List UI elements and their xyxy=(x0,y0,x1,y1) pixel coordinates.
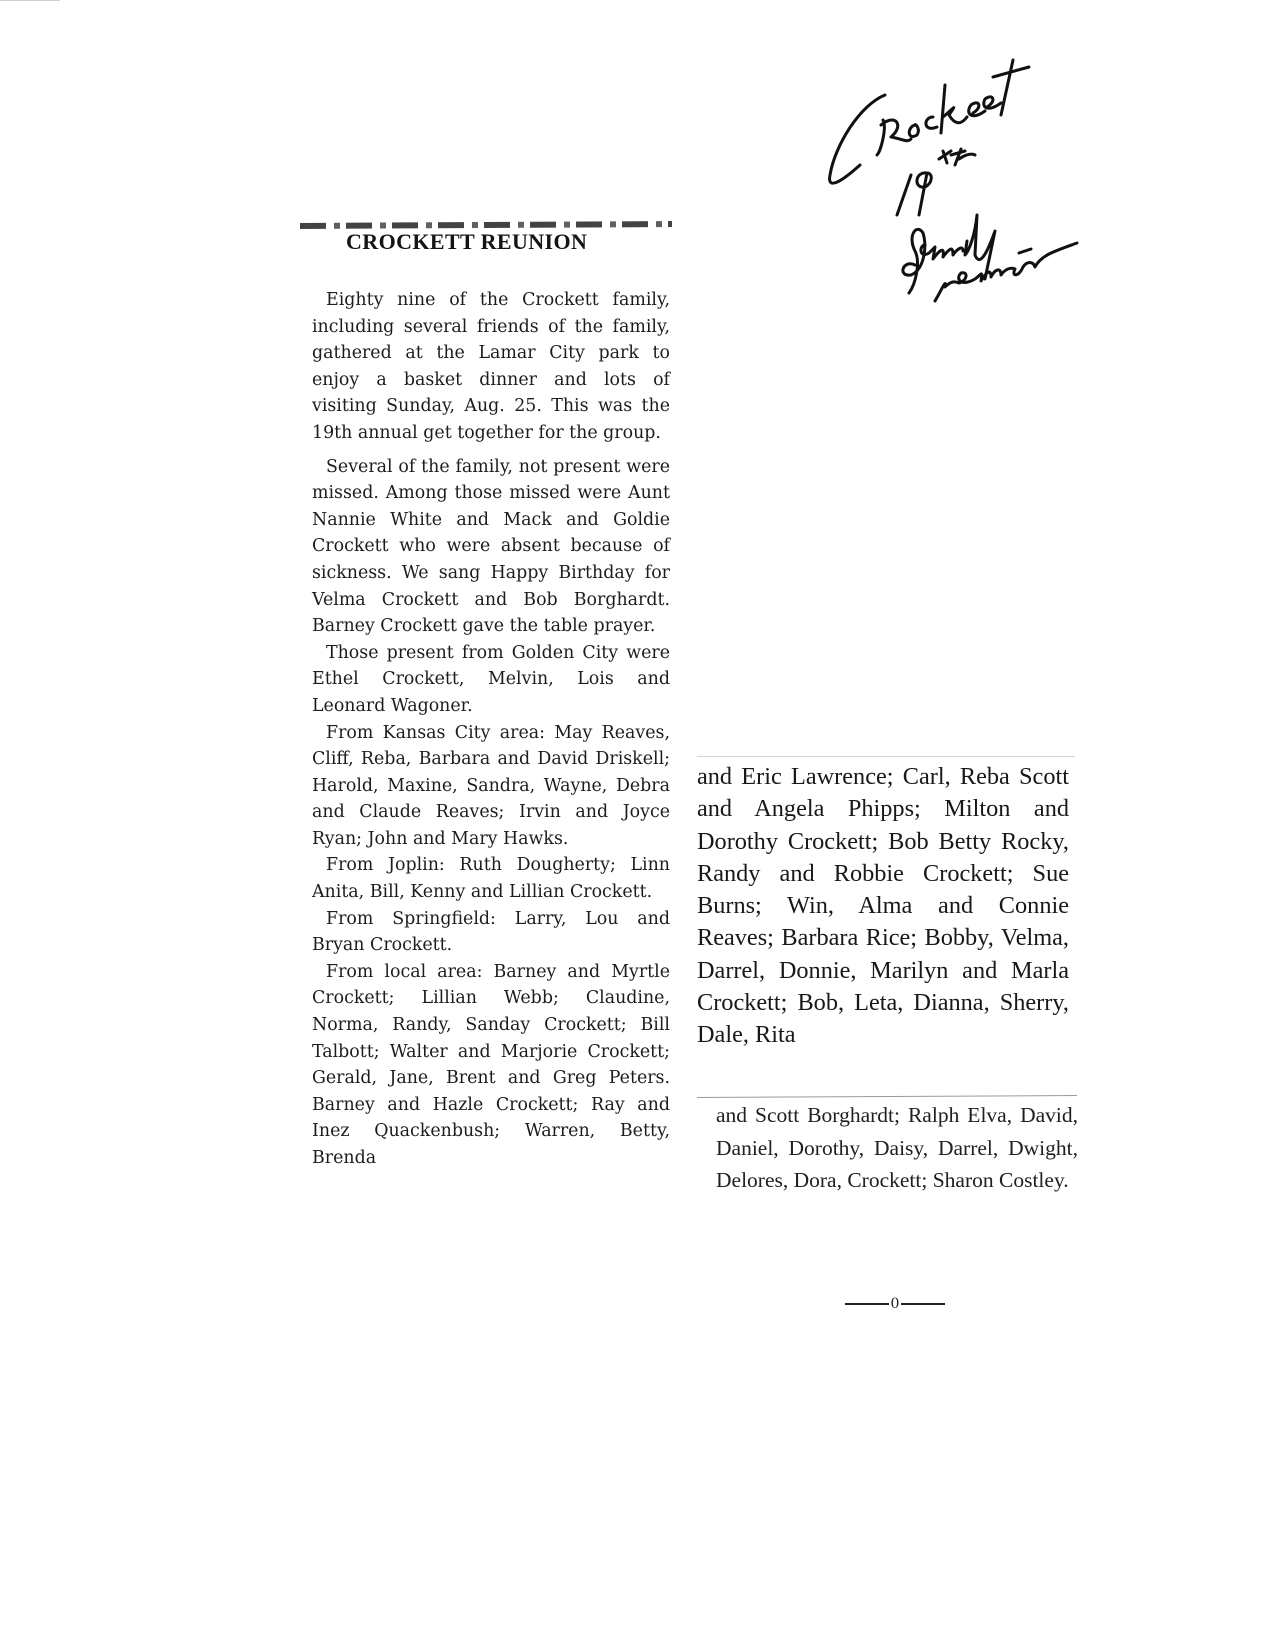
scan-edge-line xyxy=(0,0,60,1)
continuation-text-lower: and Scott Borghardt; Ralph Elva, David, … xyxy=(716,1099,1078,1197)
continuation-text-upper: and Eric Lawrence; Carl, Reba Scott and … xyxy=(697,761,1069,1052)
continuation-clipping-lower: and Scott Borghardt; Ralph Elva, David, … xyxy=(716,1099,1078,1197)
handwriting-strokes-icon xyxy=(815,55,1115,315)
paragraph-springfield: From Springfield: Larry, Lou and Bryan C… xyxy=(312,906,670,959)
paragraph-kansas-city: From Kansas City area: May Reaves, Cliff… xyxy=(312,720,670,853)
end-mark-bar-right xyxy=(901,1303,945,1305)
paragraph-missed: Several of the family, not present were … xyxy=(312,454,670,640)
headline-rule xyxy=(300,221,672,229)
continuation-clipping-upper: and Eric Lawrence; Carl, Reba Scott and … xyxy=(697,756,1075,1093)
clipping-split-line xyxy=(697,1095,1077,1098)
article-left-column: Eighty nine of the Crockett family, incl… xyxy=(312,287,670,1172)
paragraph-joplin: From Joplin: Ruth Dougherty; Linn Anita,… xyxy=(312,852,670,905)
paragraph-intro: Eighty nine of the Crockett family, incl… xyxy=(312,287,670,447)
end-mark-glyph: 0 xyxy=(889,1297,902,1311)
article-end-mark: 0 xyxy=(845,1294,945,1314)
paragraph-local-area: From local area: Barney and Myrtle Crock… xyxy=(312,959,670,1172)
handwritten-note xyxy=(815,55,1115,315)
end-mark-bar-left xyxy=(845,1303,889,1305)
article-headline: CROCKETT REUNION xyxy=(346,229,587,255)
paragraph-golden-city: Those present from Golden City were Ethe… xyxy=(312,640,670,720)
